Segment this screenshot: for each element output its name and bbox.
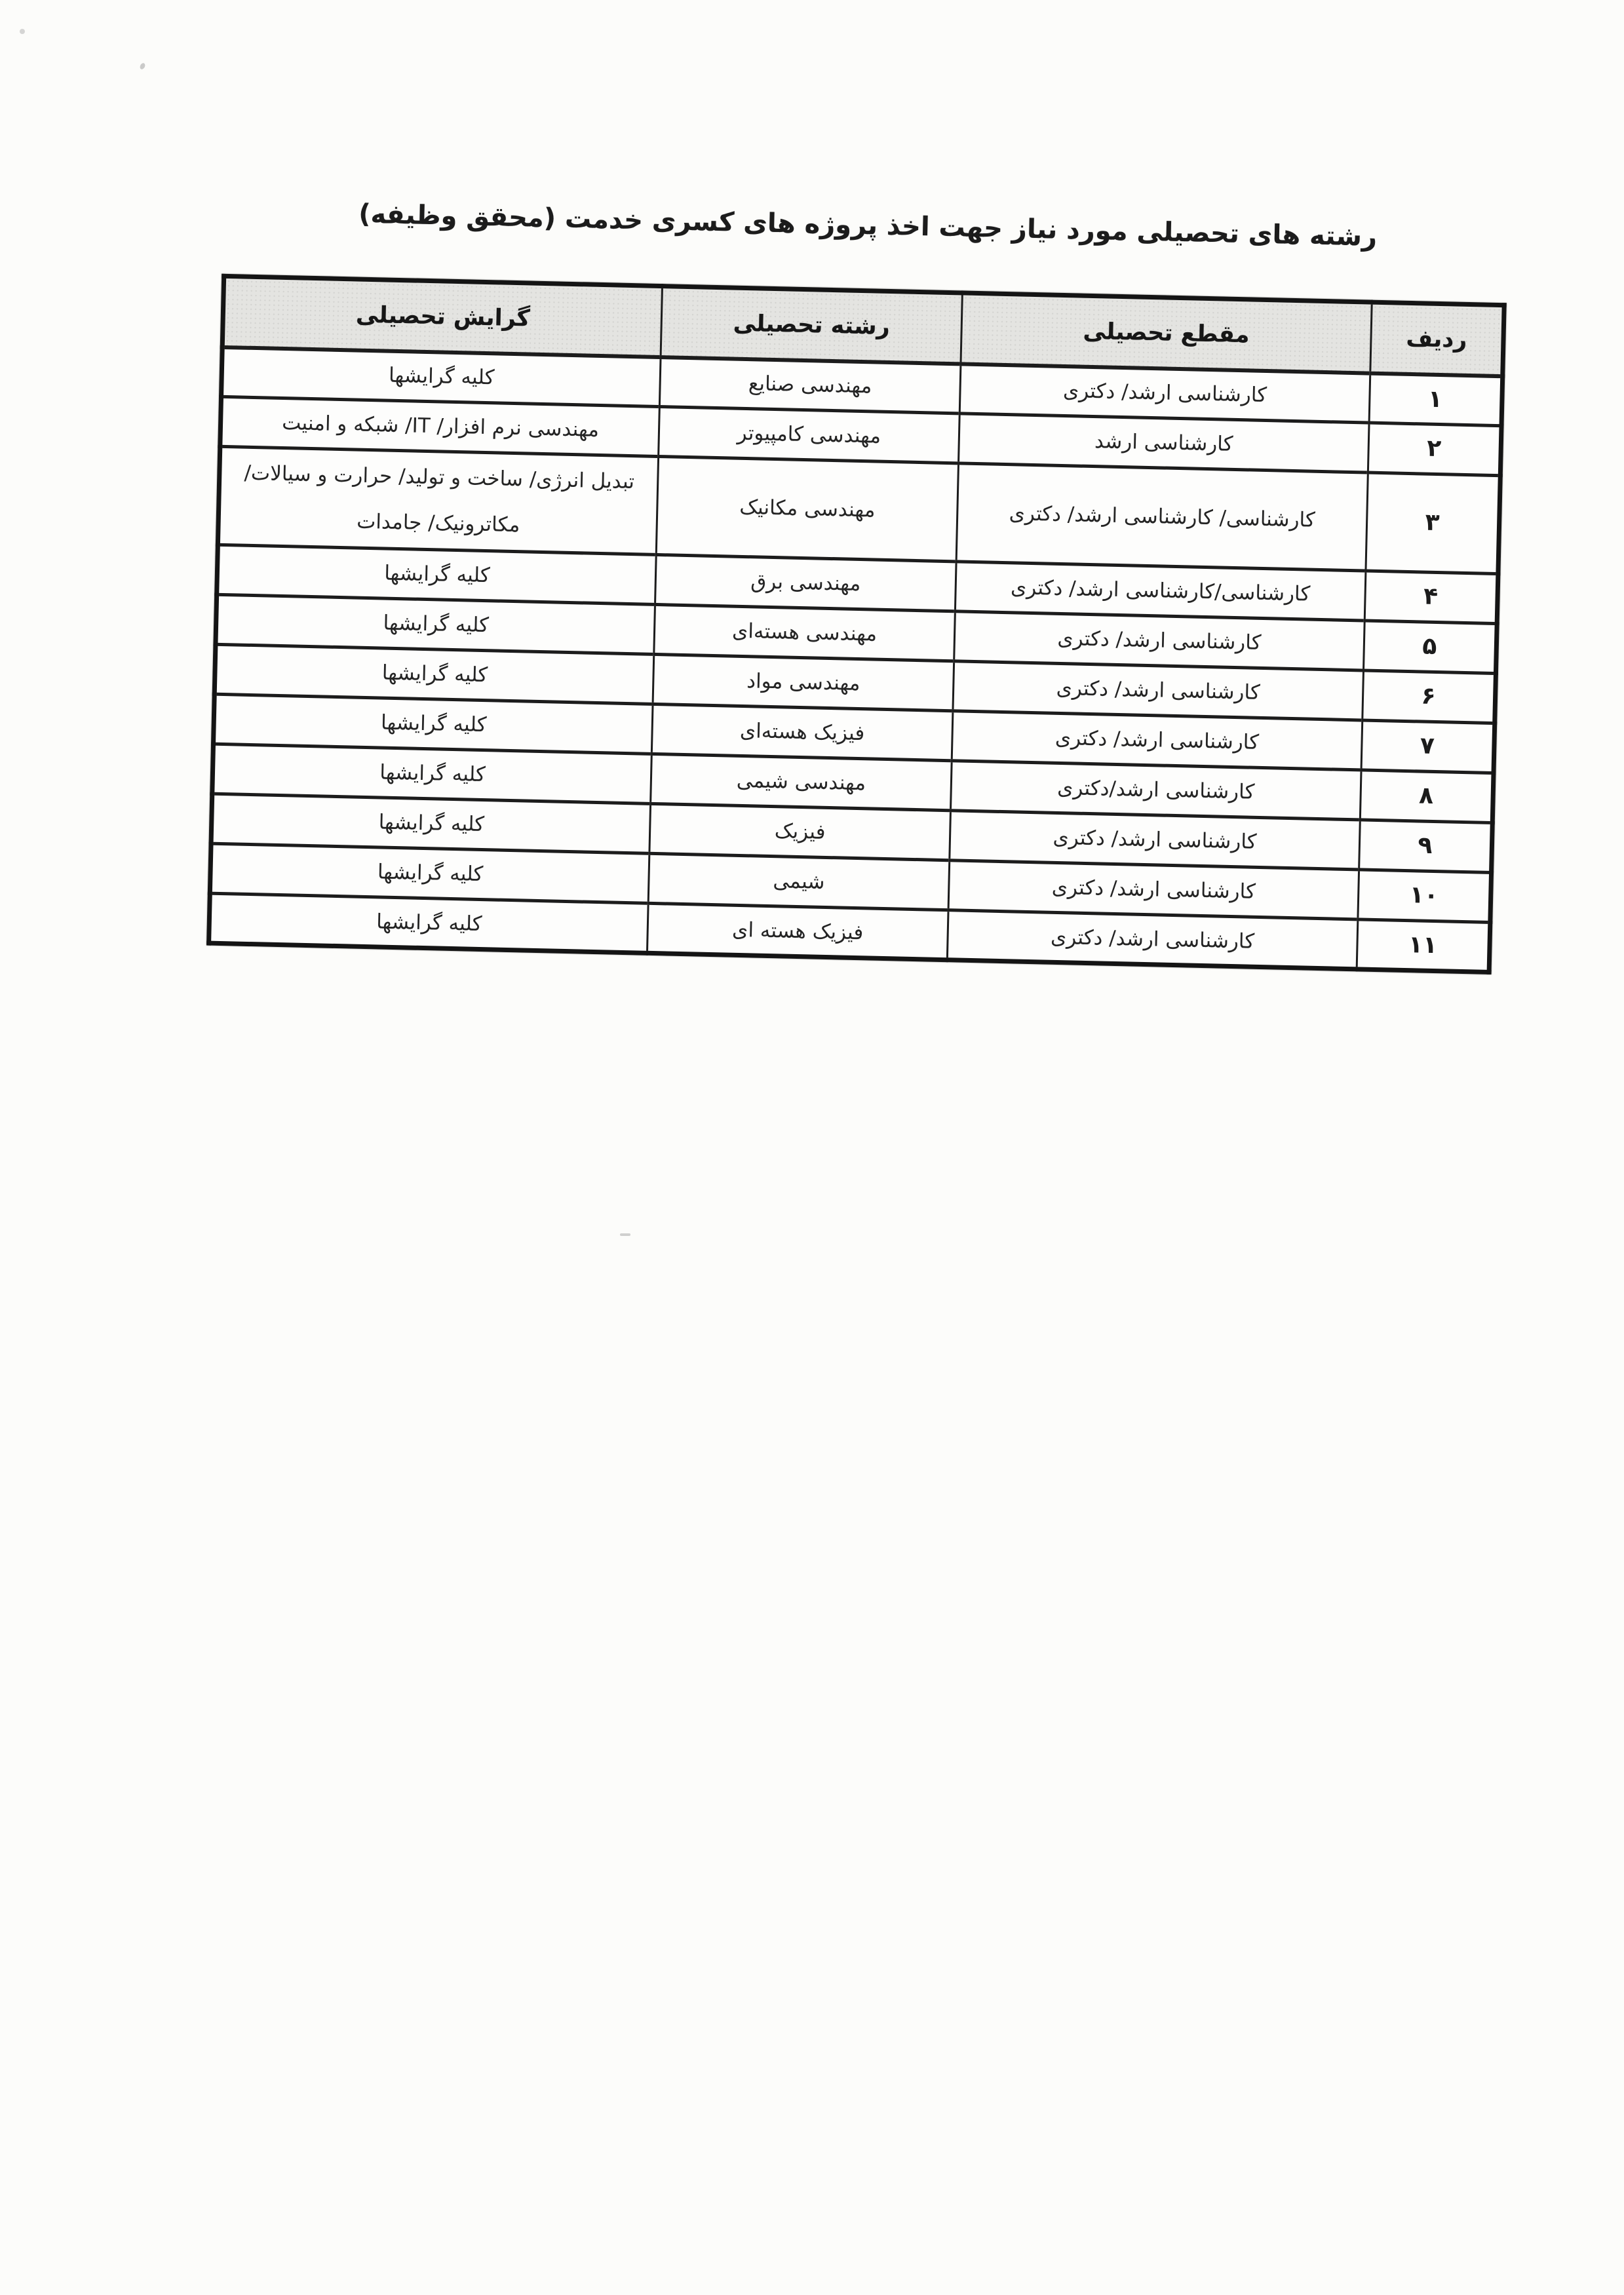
page-title: رشته های تحصیلی مورد نیاز جهت اخذ پروژه …: [227, 195, 1509, 256]
cell-row-no: ۹: [1359, 820, 1493, 873]
cell-row-no: ۸: [1360, 770, 1494, 823]
cell-field-of-study: مهندسی صنایع: [659, 357, 961, 414]
cell-row-no: ۵: [1363, 621, 1497, 674]
fields-table: ردیف مقطع تحصیلی رشته تحصیلی گرایش تحصیل…: [206, 274, 1507, 974]
scan-speck: [20, 29, 25, 34]
scan-speck: [139, 62, 146, 70]
cell-row-no: ۱: [1369, 373, 1503, 426]
cell-field-of-study: فیزیک هسته ای: [647, 903, 948, 959]
cell-specialization: کلیه گرایشها: [209, 893, 649, 953]
cell-field-of-study: مهندسی برق: [655, 554, 957, 611]
cell-field-of-study: مهندسی کامپیوتر: [659, 407, 960, 463]
cell-row-no: ۴: [1364, 571, 1498, 624]
cell-row-no: ۶: [1363, 670, 1496, 723]
cell-degree-level: کارشناسی/ کارشناسی ارشد/ دکتری: [956, 463, 1368, 571]
scan-content: رشته های تحصیلی مورد نیاز جهت اخذ پروژه …: [211, 195, 1508, 974]
cell-degree-level: کارشناسی ارشد/ دکتری: [953, 661, 1364, 720]
scan-speck: [620, 1233, 630, 1236]
cell-row-no: ۱۱: [1357, 919, 1490, 973]
cell-row-no: ۱۰: [1358, 870, 1492, 923]
cell-field-of-study: مهندسی هسته‌ای: [654, 604, 956, 661]
cell-specialization: تبدیل انرژی/ ساخت و تولید/ حرارت و سیالا…: [218, 446, 658, 554]
cell-degree-level: کارشناسی ارشد/ دکتری: [954, 611, 1365, 670]
col-header-degree-level: مقطع تحصیلی: [961, 293, 1372, 373]
scanned-document-page: { "page": { "title": "رشته های تحصیلی مو…: [0, 0, 1624, 2295]
cell-degree-level: کارشناسی ارشد/ دکتری: [952, 711, 1363, 770]
cell-degree-level: کارشناسی ارشد: [959, 414, 1370, 473]
cell-degree-level: کارشناسی ارشد/دکتری: [950, 761, 1361, 820]
cell-row-no: ۳: [1366, 473, 1500, 574]
cell-degree-level: کارشناسی ارشد/ دکتری: [950, 811, 1361, 870]
col-header-field-of-study: رشته تحصیلی: [661, 286, 962, 364]
cell-row-no: ۲: [1368, 423, 1501, 476]
cell-field-of-study: فیزیک: [649, 803, 951, 860]
cell-field-of-study: فیزیک هسته‌ای: [651, 704, 953, 760]
cell-field-of-study: مهندسی مواد: [653, 654, 954, 710]
col-header-row-no: ردیف: [1370, 302, 1504, 376]
cell-degree-level: کارشناسی ارشد/ دکتری: [959, 364, 1370, 423]
cell-field-of-study: مهندسی شیمی: [651, 754, 952, 810]
col-header-specialization: گرایش تحصیلی: [222, 276, 662, 357]
cell-row-no: ۷: [1361, 720, 1495, 773]
cell-degree-level: کارشناسی/کارشناسی ارشد/ دکتری: [955, 562, 1366, 621]
cell-degree-level: کارشناسی ارشد/ دکتری: [947, 910, 1358, 969]
cell-field-of-study: مهندسی مکانیک: [656, 456, 958, 561]
cell-field-of-study: شیمی: [648, 853, 950, 910]
cell-degree-level: کارشناسی ارشد/ دکتری: [948, 860, 1359, 919]
